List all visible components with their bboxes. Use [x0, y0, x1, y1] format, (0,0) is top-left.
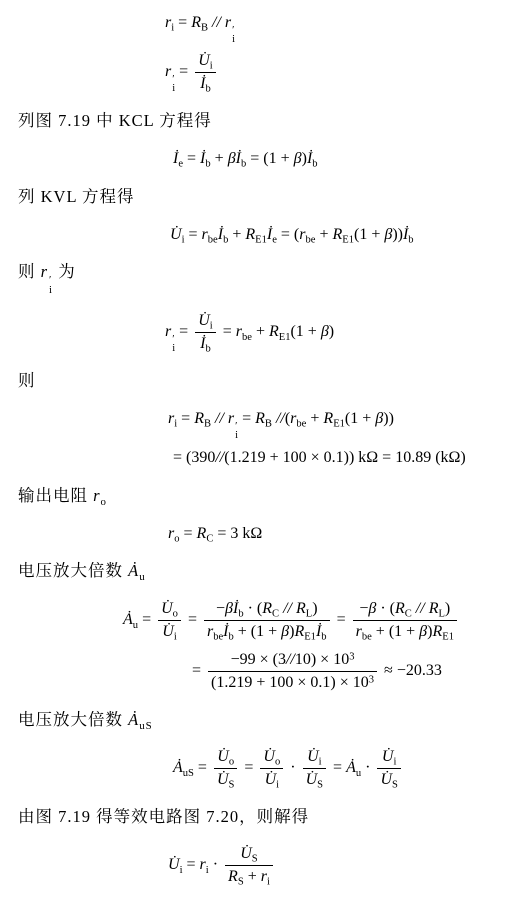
formula-au-line1: Ȧu = U̇oU̇i = −βİb · (RC // RL)rbeİb + (…	[123, 599, 508, 642]
para-voltage-gain-aus: 电压放大倍数 ȦuS	[18, 709, 508, 731]
document-page: ri = RB // r′i r′i = U̇iİb 列图 7.19 中 KCL…	[0, 0, 516, 887]
formula-au-line2: = −99 × (3//10) × 103(1.219 + 100 × 0.1)…	[192, 650, 508, 693]
formula-ro: ro = RC = 3 kΩ	[168, 523, 508, 545]
formula-kcl: İe = İb + βİb = (1 + β)İb	[173, 148, 508, 170]
formula-aus: ȦuS = U̇oU̇S = U̇oU̇i · U̇iU̇S = Ȧu · U̇…	[173, 747, 508, 790]
para-then-ri-prime: 则 r′i 为	[18, 261, 508, 294]
para-kcl-intro-text: 列图 7.19 中 KCL 方程得	[18, 111, 212, 130]
formula-ri-parallel: ri = RB // r′i	[165, 12, 508, 45]
formula-ri-prime-definition: r′i = U̇iİb	[165, 51, 508, 94]
para-voltage-gain-au: 电压放大倍数 Ȧu	[18, 560, 508, 582]
formula-kvl: U̇i = rbeİb + RE1İe = (rbe + RE1(1 + β))…	[170, 224, 508, 246]
para-output-resistance: 输出电阻 ro	[18, 485, 508, 507]
para-kvl-intro-text: 列 KVL 方程得	[18, 187, 135, 206]
para-then: 则	[18, 370, 508, 392]
formula-ri-value-line2: = (390//(1.219 + 100 × 0.1)) kΩ = 10.89 …	[173, 447, 508, 469]
formula-ri-prime-result: r′i = U̇iİb = rbe + RE1(1 + β)	[165, 311, 508, 354]
formula-ui: U̇i = ri · U̇SRS + ri	[168, 844, 508, 887]
para-circuit-ref-text: 由图 7.19 得等效电路图 7.20，则解得	[18, 807, 309, 826]
para-kvl-intro: 列 KVL 方程得	[18, 186, 508, 208]
para-circuit-ref: 由图 7.19 得等效电路图 7.20，则解得	[18, 806, 508, 828]
para-then-text: 则	[18, 371, 36, 390]
formula-ri-value-line1: ri = RB // r′i = RB //(rbe + RE1(1 + β))	[168, 408, 508, 441]
para-kcl-intro: 列图 7.19 中 KCL 方程得	[18, 110, 508, 132]
